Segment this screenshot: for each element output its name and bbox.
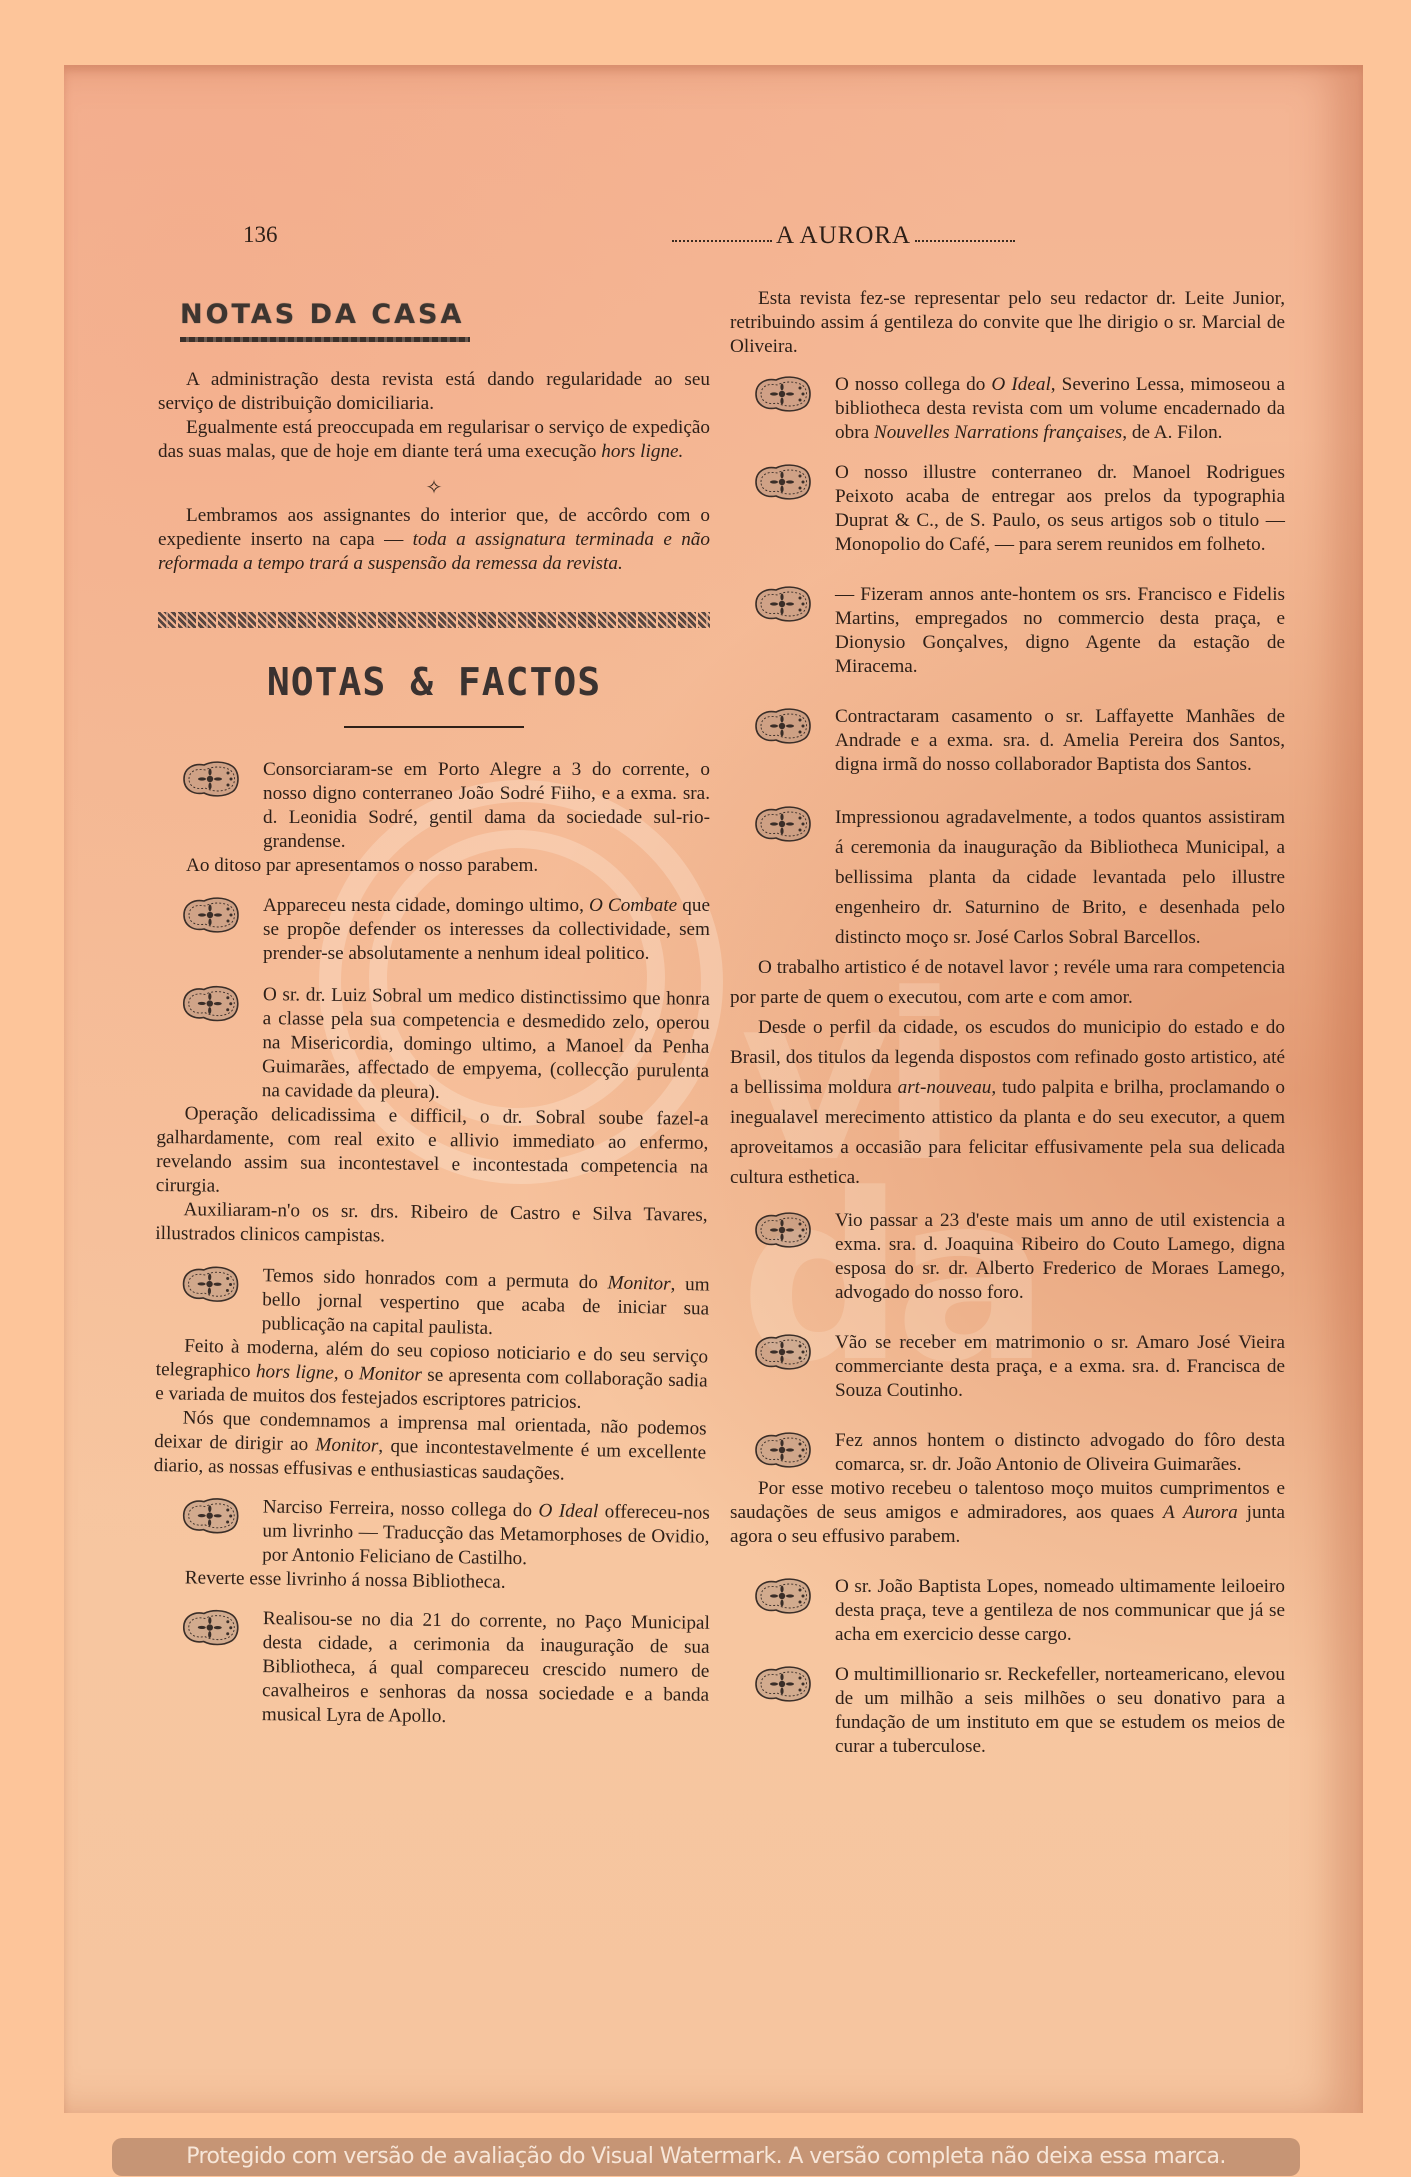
item-paragraph: Nós que condemnamos a imprensa mal orien… <box>153 1406 706 1490</box>
heart-leaf-ornament-icon <box>752 805 814 843</box>
publication-title-text: A AURORA <box>776 222 911 250</box>
news-item: O sr. João Baptista Lopes, nomeado ultim… <box>730 1575 1285 1647</box>
section-title-notas-da-casa: NOTAS DA CASA <box>180 297 710 333</box>
item-paragraph: Auxiliaram-n'o os sr. drs. Ribeiro de Ca… <box>155 1198 707 1252</box>
item-paragraph: Feito à moderna, além do seu copioso not… <box>155 1334 708 1418</box>
item-paragraph: Operação delicadissima e difficil, o dr.… <box>156 1102 709 1204</box>
left-column: NOTAS DA CASA A administração desta revi… <box>158 285 710 1742</box>
heart-leaf-ornament-icon <box>180 896 242 934</box>
news-item: O sr. dr. Luiz Sobral um medico distinct… <box>155 982 710 1252</box>
item-paragraph: Ao ditoso par apresentamos o nosso parab… <box>158 854 710 878</box>
heart-leaf-ornament-icon <box>752 585 814 623</box>
heart-leaf-ornament-icon <box>180 760 242 798</box>
item-paragraph: Desde o perfil da cidade, os escudos do … <box>730 1013 1285 1193</box>
subscriber-notice: Lembramos aos assignantes do interior qu… <box>158 504 710 576</box>
heart-leaf-ornament-icon <box>752 1665 814 1703</box>
news-item: Impressionou agradavelmente, a todos qua… <box>730 803 1285 1193</box>
heart-leaf-ornament-icon <box>752 1431 814 1469</box>
news-item: Fez annos hontem o distincto advogado do… <box>730 1429 1285 1549</box>
news-item: Vio passar a 23 d'este mais um anno de u… <box>730 1209 1285 1305</box>
item-paragraph: O trabalho artistico é de notavel lavor … <box>730 953 1285 1013</box>
news-item: O nosso collega do O Ideal, Severino Les… <box>730 373 1285 445</box>
news-item: Vão se receber em matrimonio o sr. Amaro… <box>730 1331 1285 1403</box>
news-item: Temos sido honrados com a permuta do Mon… <box>153 1262 709 1490</box>
wavy-rule-left <box>672 238 772 242</box>
news-item: O multimillionario sr. Reckefeller, nort… <box>730 1663 1285 1759</box>
diamond-separator-icon: ✧ <box>158 476 710 500</box>
news-item: Narciso Ferreira, nosso collega do O Ide… <box>157 1494 710 1598</box>
heart-leaf-ornament-icon <box>180 984 242 1023</box>
heart-leaf-ornament-icon <box>752 1211 814 1249</box>
heart-leaf-ornament-icon <box>752 463 814 501</box>
news-item: Appareceu nesta cidade, domingo ultimo, … <box>158 894 710 966</box>
ornamental-divider <box>158 612 710 628</box>
section-title-notas-e-factos: NOTAS & FACTOS <box>158 660 710 704</box>
running-header: 136 A AURORA <box>178 222 1290 252</box>
heart-leaf-ornament-icon <box>179 1496 242 1535</box>
publication-title: A AURORA <box>668 222 1019 250</box>
heart-leaf-ornament-icon <box>752 707 814 745</box>
news-item: Realisou-se no dia 21 do corrente, no Pa… <box>157 1606 710 1732</box>
wavy-rule-right <box>915 238 1015 242</box>
news-item: Consorciaram-se em Porto Alegre a 3 do c… <box>158 758 710 878</box>
page-number: 136 <box>243 222 278 248</box>
paragraph: Egualmente está preoccupada em regularis… <box>158 416 710 464</box>
intro-paragraph: Esta revista fez-se representar pelo seu… <box>730 287 1285 359</box>
news-item: — Fizeram annos ante-hontem os srs. Fran… <box>730 583 1285 679</box>
heart-leaf-ornament-icon <box>752 1577 814 1615</box>
news-item: Contractaram casamento o sr. Laffayette … <box>730 705 1285 777</box>
right-column: Esta revista fez-se representar pelo seu… <box>730 287 1285 1775</box>
heart-leaf-ornament-icon <box>180 1608 242 1647</box>
heart-leaf-ornament-icon <box>179 1264 242 1303</box>
title-underline <box>344 726 524 728</box>
section-rule <box>180 337 470 342</box>
item-paragraph: Por esse motivo recebeu o talentoso moço… <box>730 1477 1285 1549</box>
paragraph: A administração desta revista está dando… <box>158 368 710 416</box>
news-item: O nosso illustre conterraneo dr. Manoel … <box>730 461 1285 557</box>
heart-leaf-ornament-icon <box>752 375 814 413</box>
watermark-banner: Protegido com versão de avaliação do Vis… <box>112 2138 1300 2176</box>
heart-leaf-ornament-icon <box>752 1333 814 1371</box>
